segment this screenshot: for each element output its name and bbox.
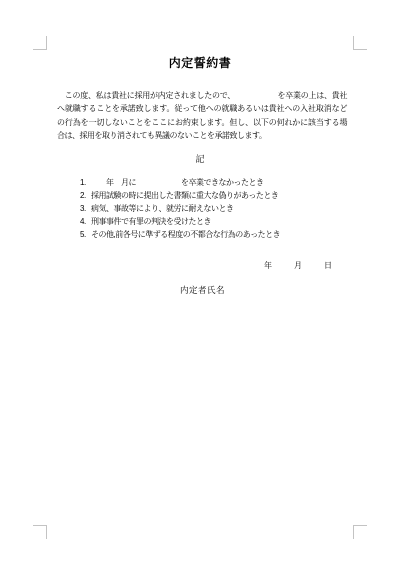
pledge-paragraph-line-3: の行為を一切しないことをここにお約束します。但し、以下の何れかに該当する場 [57, 116, 347, 129]
document-page: 内定誓約書 この度、私は貴社に採用が内定されましたので、 を卒業の上は、貴社 へ… [0, 0, 400, 565]
conditions-list: 1. 年 月に を卒業できなかったとき 2. 採用試験の時に提出した書類に重大な… [80, 176, 365, 241]
condition-item-1: 1. 年 月に を卒業できなかったとき [80, 176, 365, 189]
condition-number: 1. [80, 176, 91, 189]
pledge-paragraph: この度、私は貴社に採用が内定されましたので、 を卒業の上は、貴社 へ就職すること… [57, 89, 347, 143]
condition-item-4: 4. 刑事事件で有罪の判決を受けたとき [80, 215, 365, 228]
condition-number: 3. [80, 202, 91, 215]
pledge-paragraph-line-4: 合は、採用を取り消されても異議のないことを承諾致します。 [57, 129, 347, 142]
condition-item-2: 2. 採用試験の時に提出した書類に重大な偽りがあったとき [80, 189, 365, 202]
signer-name-label: 内定者氏名 [180, 285, 225, 296]
condition-text: 刑事事件で有罪の判決を受けたとき [91, 215, 365, 228]
crop-mark-bottom-left [33, 525, 47, 539]
condition-text: 採用試験の時に提出した書類に重大な偽りがあったとき [91, 189, 365, 202]
crop-mark-top-right [353, 36, 367, 50]
date-fill-in-line: 年 月 日 [264, 261, 334, 271]
condition-number: 4. [80, 215, 91, 228]
condition-number: 5. [80, 228, 91, 241]
document-title: 内定誓約書 [0, 56, 400, 71]
condition-text: 年 月に を卒業できなかったとき [91, 176, 365, 189]
condition-text: 病気、事故等により、就労に耐えないとき [91, 202, 365, 215]
condition-item-3: 3. 病気、事故等により、就労に耐えないとき [80, 202, 365, 215]
pledge-paragraph-line-2: へ就職することを承諾致します。従って他への就職あるいは貴社への入社取消など [57, 102, 347, 115]
condition-item-5: 5. その他,前各号に準ずる程度の不都合な行為のあったとき [80, 228, 365, 241]
crop-mark-bottom-right [353, 525, 367, 539]
pledge-paragraph-line-1: この度、私は貴社に採用が内定されましたので、 を卒業の上は、貴社 [57, 89, 347, 102]
condition-number: 2. [80, 189, 91, 202]
crop-mark-top-left [33, 36, 47, 50]
record-heading: 記 [0, 153, 400, 165]
condition-text: その他,前各号に準ずる程度の不都合な行為のあったとき [91, 228, 365, 241]
